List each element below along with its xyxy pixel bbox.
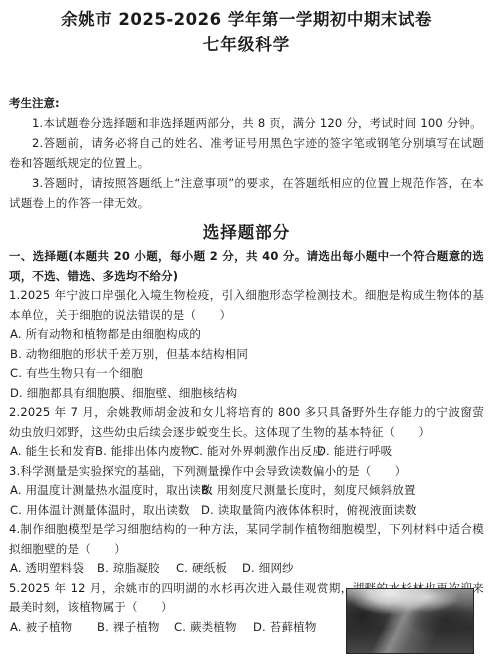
section-directive: 一、选择题(本题共 20 小题，每小题 2 分，共 40 分。请选出每小题中一个… <box>9 246 484 286</box>
question-2: 2.2025 年 7 月，余姚教师胡金波和女儿将培育的 800 多只具备野外生存… <box>9 403 484 462</box>
question-3-option-c: C. 用体温计测量体温时，取出读数 <box>10 501 201 521</box>
metasequoia-lake-photo <box>347 589 473 653</box>
question-3-option-a: A. 用温度计测量热水温度时，取出读数 <box>10 481 201 501</box>
question-1-option-d: D. 细胞都具有细胞膜、细胞壁、细胞核结构 <box>9 384 484 404</box>
question-1: 1.2025 年宁波口岸强化入境生物检疫，引入细胞形态学检测技术。细胞是构成生物… <box>9 286 484 403</box>
question-2-option-d: D. 能进行呼吸 <box>317 442 484 462</box>
question-1-option-c: C. 有些生物只有一个细胞 <box>9 364 484 384</box>
question-4-option-c: C. 硬纸板 <box>176 559 242 579</box>
question-1-option-a: A. 所有动物和植物都是由细胞构成的 <box>9 325 484 345</box>
question-4: 4.制作细胞模型是学习细胞结构的一种方法，某同学制作植物细胞模型，下列材料中适合… <box>9 520 484 579</box>
question-4-options: A. 透明塑料袋 B. 琼脂凝胶 C. 硬纸板 D. 细网纱 <box>9 559 484 579</box>
notice-item-2: 2.答题前，请务必将自己的姓名、准考证号用黑色字迹的签字笔或钢笔分别填写在试题卷… <box>9 133 484 173</box>
question-3-options: A. 用温度计测量热水温度时，取出读数 B. 用刻度尺测量长度时，刻度尺倾斜放置… <box>9 481 484 520</box>
question-4-option-a: A. 透明塑料袋 <box>10 559 97 579</box>
question-3-option-d: D. 读取量筒内液体体积时，俯视液面读数 <box>201 501 484 521</box>
paper-subtitle: 七年级科学 <box>9 34 484 56</box>
question-5-option-a: A. 被子植物 <box>10 618 97 638</box>
question-1-option-b: B. 动物细胞的形状千差万别，但基本结构相同 <box>9 345 484 365</box>
question-2-option-a: A. 能生长和发育 <box>10 442 95 462</box>
question-1-stem: 1.2025 年宁波口岸强化入境生物检疫，引入细胞形态学检测技术。细胞是构成生物… <box>9 286 484 325</box>
question-3-option-b: B. 用刻度尺测量长度时，刻度尺倾斜放置 <box>201 481 484 501</box>
notice-item-3: 3.答题时，请按照答题纸上“注意事项”的要求，在答题纸相应的位置上规范作答，在本… <box>9 173 484 213</box>
question-3: 3.科学测量是实验探究的基础，下列测量操作中会导致读数偏小的是（ ） A. 用温… <box>9 462 484 521</box>
paper-title: 余姚市 2025-2026 学年第一学期初中期末试卷 <box>9 8 484 32</box>
candidate-notice: 考生注意: 1.本试题卷分选择题和非选择题两部分，共 8 页，满分 120 分，… <box>9 93 484 213</box>
question-4-stem: 4.制作细胞模型是学习细胞结构的一种方法，某同学制作植物细胞模型，下列材料中适合… <box>9 520 484 559</box>
question-1-options: A. 所有动物和植物都是由细胞构成的 B. 动物细胞的形状千差万别，但基本结构相… <box>9 325 484 403</box>
exam-paper-page: 余姚市 2025-2026 学年第一学期初中期末试卷 七年级科学 考生注意: 1… <box>0 0 493 668</box>
notice-heading: 考生注意: <box>9 93 484 113</box>
notice-item-1: 1.本试题卷分选择题和非选择题两部分，共 8 页，满分 120 分，考试时间 1… <box>9 113 484 133</box>
question-2-option-c: C. 能对外界刺激作出反应 <box>191 442 317 462</box>
question-5-option-b: B. 裸子植物 <box>97 618 174 638</box>
section-heading: 选择题部分 <box>9 222 484 244</box>
question-4-option-b: B. 琼脂凝胶 <box>97 559 176 579</box>
question-2-option-b: B. 能排出体内废物 <box>95 442 191 462</box>
question-4-option-d: D. 细网纱 <box>242 559 484 579</box>
question-2-stem: 2.2025 年 7 月，余姚教师胡金波和女儿将培育的 800 多只具备野外生存… <box>9 403 484 442</box>
question-3-stem: 3.科学测量是实验探究的基础，下列测量操作中会导致读数偏小的是（ ） <box>9 462 484 482</box>
question-2-options: A. 能生长和发育 B. 能排出体内废物 C. 能对外界刺激作出反应 D. 能进… <box>9 442 484 462</box>
question-5-option-c: C. 蕨类植物 <box>174 618 253 638</box>
